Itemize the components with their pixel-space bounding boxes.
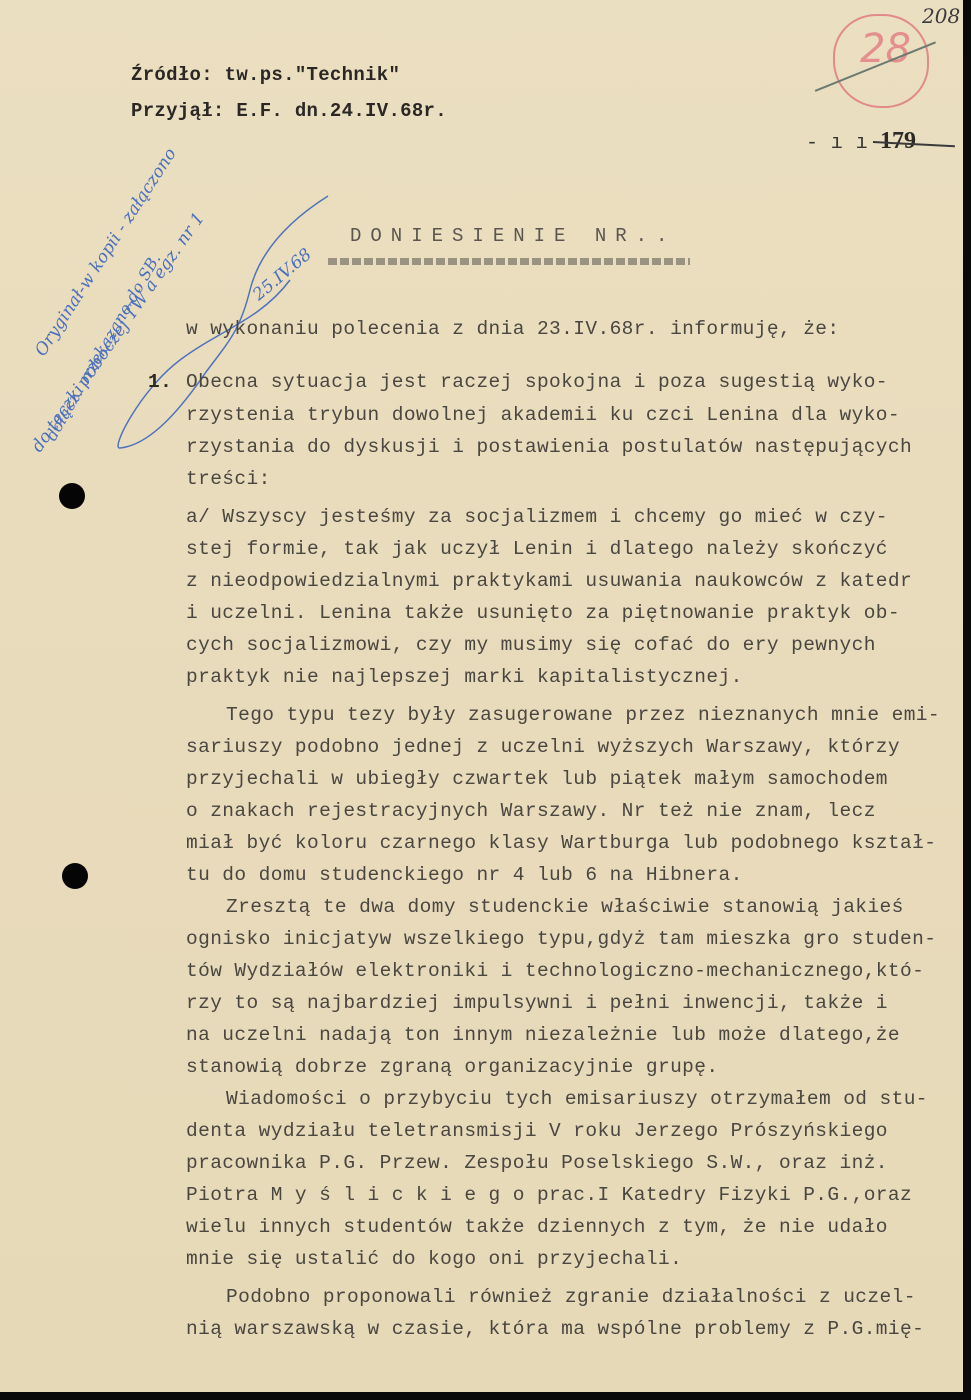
point-1-line: Obecna sytuacja jest raczej spokojna i p… <box>186 371 888 393</box>
point-1-line: treści: <box>186 468 271 490</box>
paragraph-line: miał być koloru czarnego klasy Wartburga… <box>186 832 936 854</box>
paragraph-line: ognisko inicjatyw wszelkiego typu,gdyż t… <box>186 928 936 950</box>
point-1-line: rzystenia trybun dowolnej akademii ku cz… <box>186 404 900 426</box>
paragraph-line: na uczelni nadają ton innym niezależnie … <box>186 1024 900 1046</box>
source-line: Źródło: tw.ps."Technik" <box>131 64 400 86</box>
paragraph-line: wielu innych studentów także dziennych z… <box>186 1216 888 1238</box>
received-line: Przyjął: E.F. dn.24.IV.68r. <box>131 100 447 122</box>
paragraph-line: stanowią dobrze zgraną organizacyjnie gr… <box>186 1056 718 1078</box>
point-a-line: z nieodpowiedzialnymi praktykami usuwani… <box>186 570 912 592</box>
point-a-line: cych socjalizmowi, czy my musimy się cof… <box>186 634 876 656</box>
document-title: DONIESIENIE NR.. <box>350 225 676 247</box>
point-a-line: stej formie, tak jak uczył Lenin i dlate… <box>186 538 888 560</box>
old-number-prefix: - ı ı <box>806 132 868 155</box>
paragraph-line: Wiadomości o przybyciu tych emisariuszy … <box>226 1088 928 1110</box>
paragraph-line: nią warszawską w czasie, która ma wspóln… <box>186 1318 924 1340</box>
point-1-line: rzystania do dyskusji i postawienia post… <box>186 436 912 458</box>
paragraph-line: tów Wydziałów elektroniki i technologicz… <box>186 960 924 982</box>
paragraph-line: denta wydziału teletransmisji V roku Jer… <box>186 1120 888 1142</box>
paragraph-line: przyjechali w ubiegły czwartek lub piąte… <box>186 768 888 790</box>
intro-line: w wykonaniu polecenia z dnia 23.IV.68r. … <box>186 318 840 340</box>
punch-hole <box>62 863 88 889</box>
document-page: 208 28 - ı ı 179 Źródło: tw.ps."Technik"… <box>0 0 963 1392</box>
paragraph-line: Zresztą te dwa domy studenckie właściwie… <box>226 896 904 918</box>
point-a-line: a/ Wszyscy jesteśmy za socjalizmem i chc… <box>186 506 888 528</box>
circled-number: 28 <box>860 26 911 72</box>
scan-edge-right <box>963 0 971 1400</box>
paragraph-line: Podobno proponowali również zgranie dzia… <box>226 1286 916 1308</box>
archive-page-number: 208 <box>922 4 960 28</box>
paragraph-line: Tego typu tezy były zasugerowane przez n… <box>226 704 940 726</box>
punch-hole <box>59 483 85 509</box>
paragraph-line: Piotra M y ś l i c k i e g o prac.I Kate… <box>186 1184 912 1206</box>
paragraph-line: o znakach rejestracyjnych Warszawy. Nr t… <box>186 800 876 822</box>
point-a-line: praktyk nie najlepszej marki kapitalisty… <box>186 666 743 688</box>
point-number: 1. <box>148 371 172 393</box>
paragraph-line: tu do domu studenckiego nr 4 lub 6 na Hi… <box>186 864 743 886</box>
paragraph-line: mnie się ustalić do kogo oni przyjechali… <box>186 1248 682 1270</box>
point-a-line: i uczelni. Lenina także usunięto za pięt… <box>186 602 900 624</box>
paragraph-line: rzy to są najbardziej impulsywni i pełni… <box>186 992 888 1014</box>
title-underline <box>328 258 690 265</box>
paragraph-line: sariuszy podobno jednej z uczelni wyższy… <box>186 736 900 758</box>
scan-edge-bottom <box>0 1392 971 1400</box>
paragraph-line: pracownika P.G. Przew. Zespołu Poselskie… <box>186 1152 888 1174</box>
